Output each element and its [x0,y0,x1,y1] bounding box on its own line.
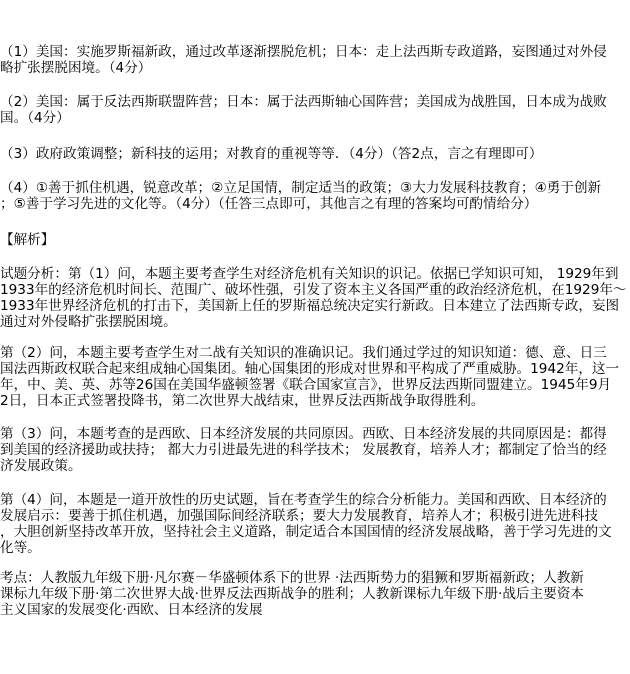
text-line: 课标九年级下册·第二次世界大战·世界反法西斯战争的胜利；人教新课标九年级下册·战… [0,586,630,602]
analysis-p3: 第（3）问，本题考查的是西欧、日本经济发展的共同原因。西欧、日本经济发展的共同原… [0,426,630,474]
analysis-p1: 试题分析：第（1）问，本题主要考查学生对经济危机有关知识的识记。依据已学知识可知… [0,266,630,330]
text-line: 主义国家的发展变化·西欧、日本经济的发展 [0,602,630,618]
kaodian: 考点：人教版九年级下册·凡尔赛－华盛顿体系下的世界 ·法西斯势力的猖獗和罗斯福新… [0,570,630,618]
analysis-p2: 第（2）问，本题主要考查学生对二战有关知识的准确识记。我们通过学过的知识知道：德… [0,345,630,409]
text-line: （1）美国：实施罗斯福新政，通过改革逐渐摆脱危机；日本：走上法西斯专政道路，妄图… [0,44,630,60]
text-line: （4）①善于抓住机遇，锐意改革；②立足国情，制定适当的政策；③大力发展科技教育；… [0,180,630,196]
text-line: 2日，日本正式签署投降书，第二次世界大战结束，世界反法西斯战争取得胜利。 [0,393,630,409]
answer-q4: （4）①善于抓住机遇，锐意改革；②立足国情，制定适当的政策；③大力发展科技教育；… [0,180,630,212]
section-heading: 【解析】 [0,232,630,248]
analysis-heading: 【解析】 [0,232,630,248]
text-line: 第（3）问，本题考查的是西欧、日本经济发展的共同原因。西欧、日本经济发展的共同原… [0,426,630,442]
text-line: 试题分析：第（1）问，本题主要考查学生对经济危机有关知识的识记。依据已学知识可知… [0,266,630,282]
text-line: 略扩张摆脱困境。（4分） [0,60,630,76]
text-line: 国。（4分） [0,110,630,126]
text-line: ，大胆创新坚持改革开放，坚持社会主义道路，制定适合本国国情的经济发展战略，善于学… [0,524,630,540]
text-line: （3）政府政策调整；新科技的运用；对教育的重视等等．（4分）（答2点，言之有理即… [0,146,630,162]
text-line: 化等。 [0,540,630,556]
answer-q1: （1）美国：实施罗斯福新政，通过改革逐渐摆脱危机；日本：走上法西斯专政道路，妄图… [0,44,630,76]
text-line: 第（4）问，本题是一道开放性的历史试题，旨在考查学生的综合分析能力。美国和西欧、… [0,492,630,508]
text-line: 考点：人教版九年级下册·凡尔赛－华盛顿体系下的世界 ·法西斯势力的猖獗和罗斯福新… [0,570,630,586]
text-line: （2）美国：属于反法西斯联盟阵营；日本：属于法西斯轴心国阵营；美国成为战胜国，日… [0,94,630,110]
text-line: 通过对外侵略扩张摆脱困境。 [0,314,630,330]
analysis-p4: 第（4）问，本题是一道开放性的历史试题，旨在考查学生的综合分析能力。美国和西欧、… [0,492,630,556]
text-line: 发展启示：要善于抓住机遇，加强国际间经济联系；要大力发展教育，培养人才；积极引进… [0,508,630,524]
answer-q2: （2）美国：属于反法西斯联盟阵营；日本：属于法西斯轴心国阵营；美国成为战胜国，日… [0,94,630,126]
text-line: 1933年世界经济危机的打击下，美国新上任的罗斯福总统决定实行新政。日本建立了法… [0,298,630,314]
answer-q3: （3）政府政策调整；新科技的运用；对教育的重视等等．（4分）（答2点，言之有理即… [0,146,630,162]
text-line: 到美国的经济援助或扶持； 都大力引进最先进的科学技术； 发展教育，培养人才；都制… [0,442,630,458]
text-line: 第（2）问，本题主要考查学生对二战有关知识的准确识记。我们通过学过的知识知道：德… [0,345,630,361]
text-line: 年，中、美、英、苏等26国在美国华盛顿签署《联合国家宣言》，世界反法西斯同盟建立… [0,377,630,393]
text-line: 国法西斯政权联合起来组成轴心国集团。轴心国集团的形成对世界和平构成了严重威胁。1… [0,361,630,377]
text-line: 济发展政策。 [0,458,630,474]
text-line: ；⑤善于学习先进的文化等。（4分）（任答三点即可，其他言之有理的答案均可酌情给分… [0,196,630,212]
text-line: 1933年的经济危机时间长、范围广、破坏性强，引发了资本主义各国严重的政治经济危… [0,282,630,298]
